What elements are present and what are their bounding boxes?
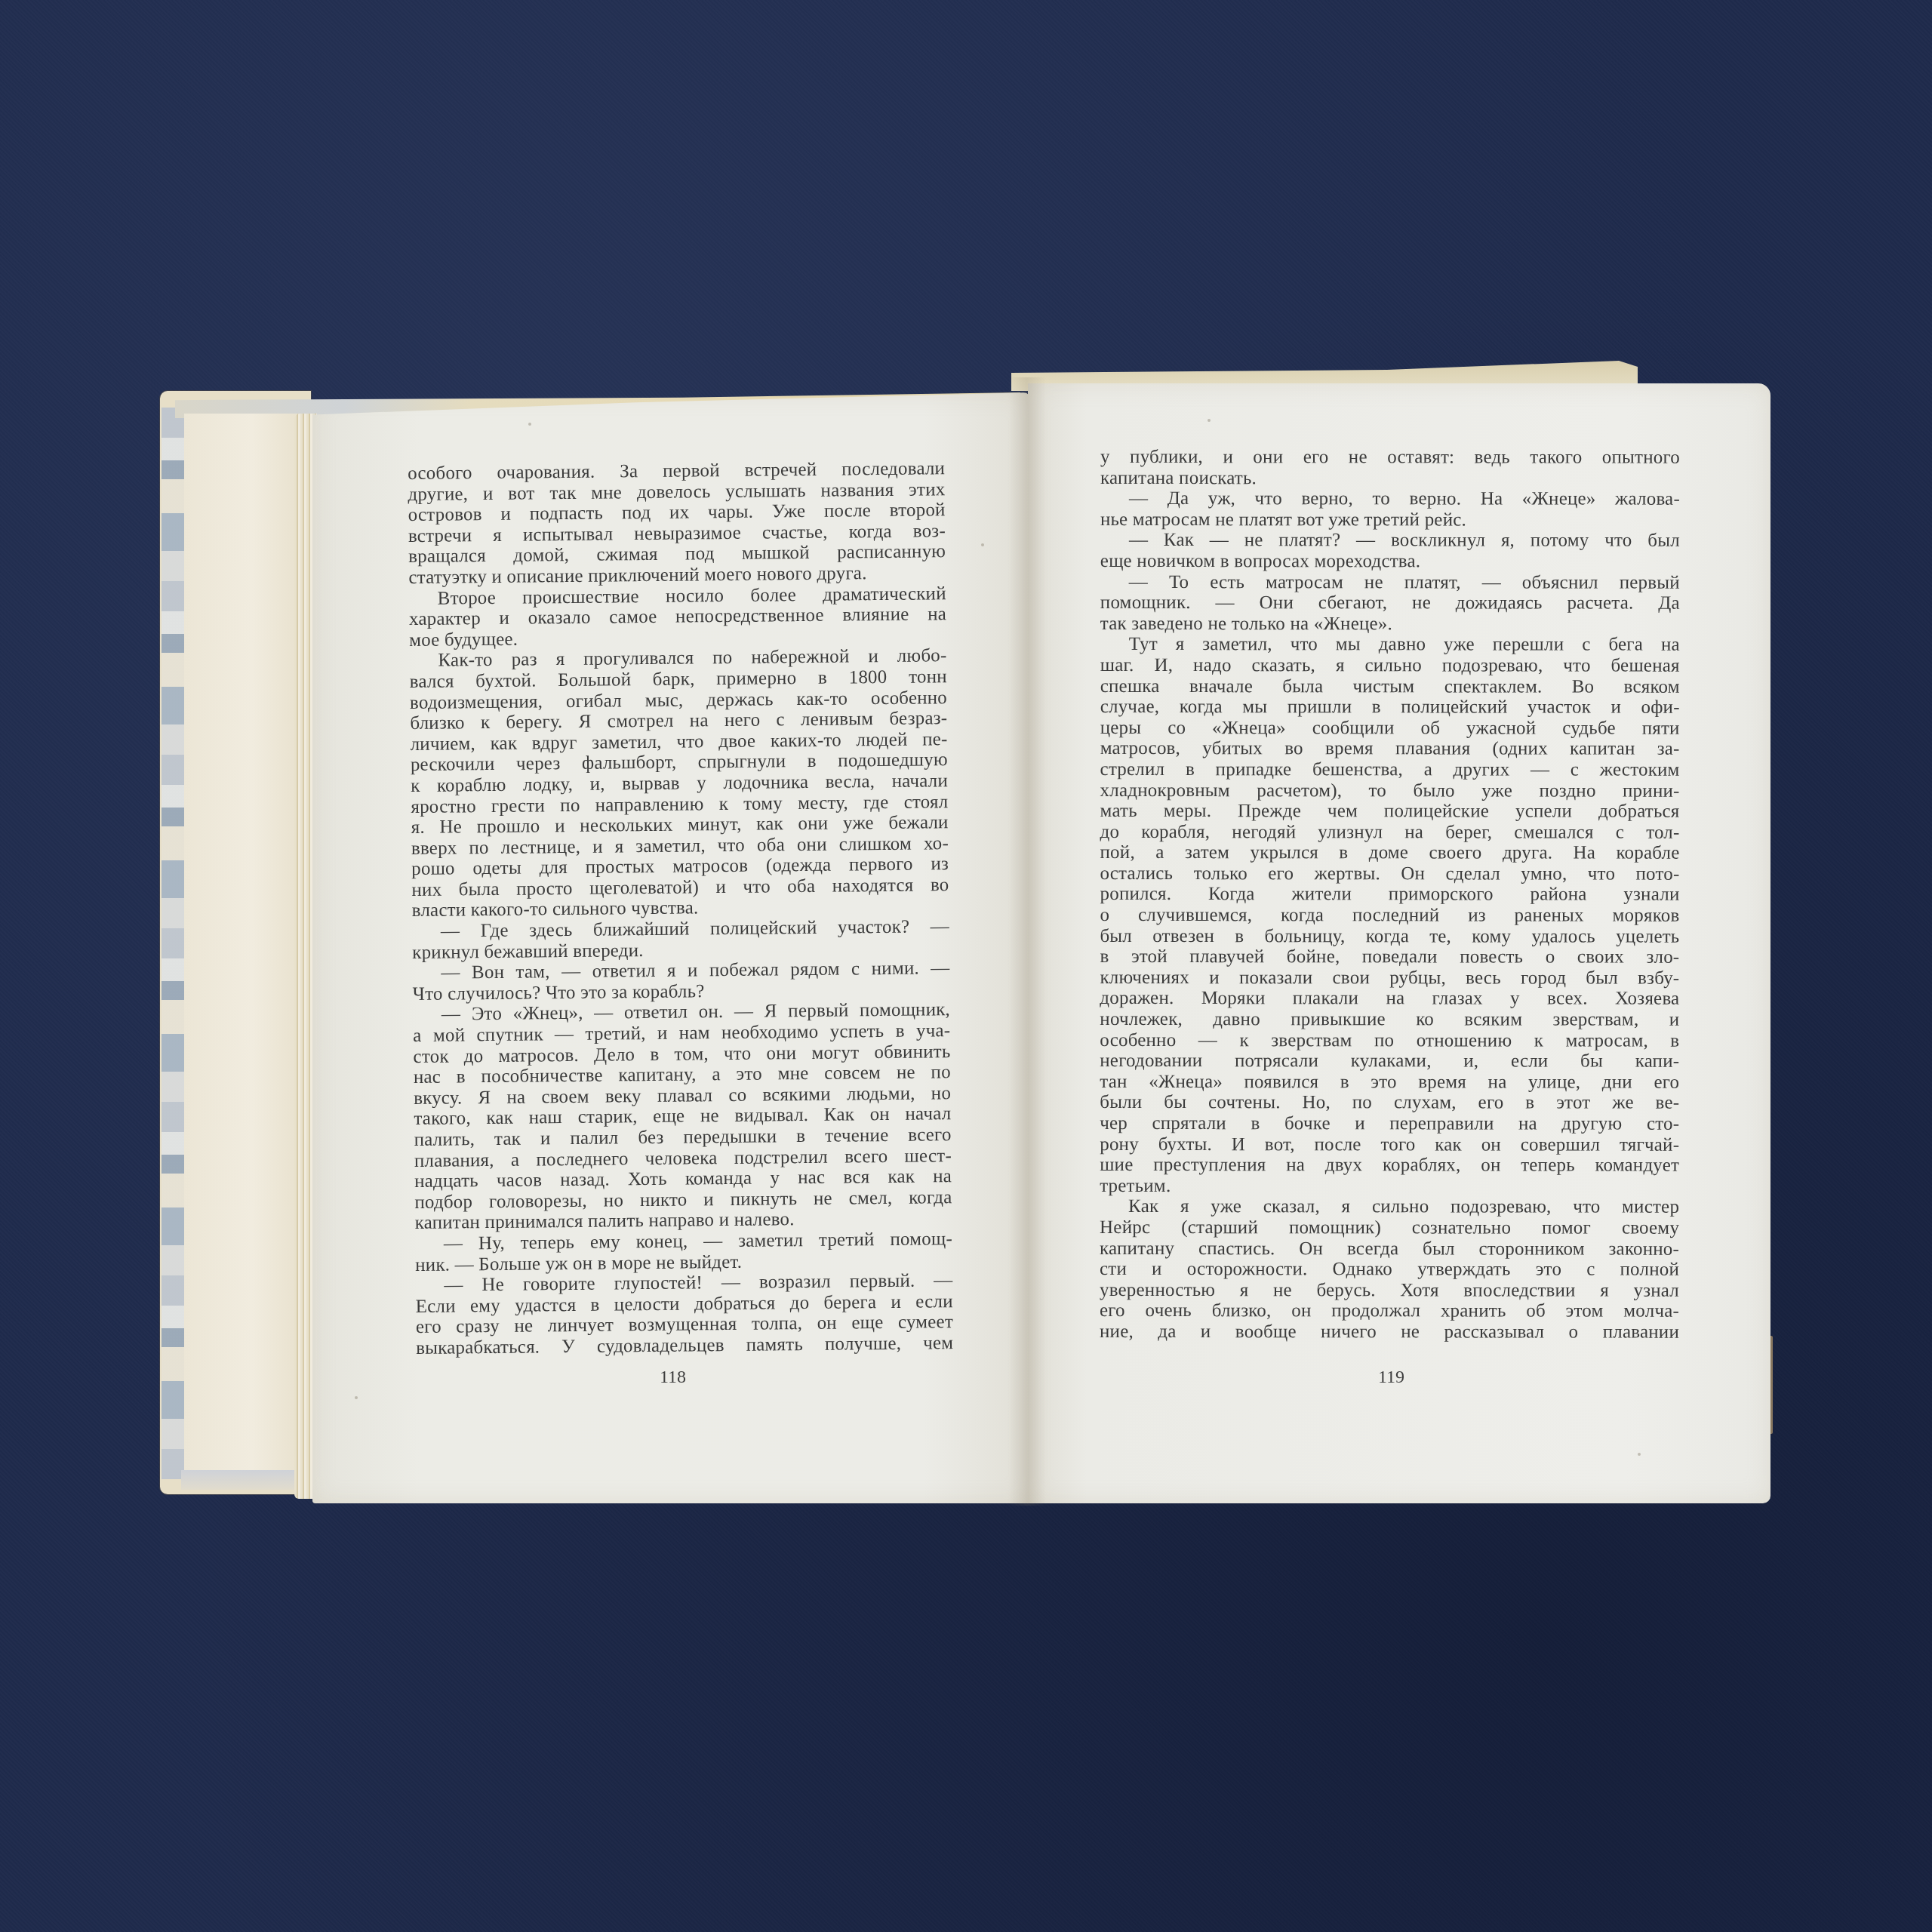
page-number-right: 119: [1378, 1367, 1404, 1388]
text-line: до корабля, негодяй улизнул на берег, см…: [1100, 822, 1680, 843]
text-line: остались только его жертвы. Он сделал ум…: [1100, 863, 1679, 884]
left-page-text: особого очарования. За первой встречей п…: [408, 458, 953, 1358]
text-line: негодовании потрясали кулаками, и, если …: [1100, 1051, 1679, 1072]
text-line: капитана поискать.: [1100, 468, 1680, 489]
text-line: о случившемся, когда последний из ранены…: [1100, 905, 1679, 926]
text-line: рону бухты. И вот, после того как он сов…: [1100, 1134, 1679, 1155]
text-line: пой, а затем укрылся в доме своего друга…: [1100, 842, 1680, 863]
text-line: Тут я заметил, что мы давно уже перешли …: [1100, 634, 1680, 655]
text-line: его очень близко, он продолжал хранить о…: [1100, 1300, 1679, 1321]
cover-illustration-edge: [162, 408, 184, 1479]
text-line: нье матросам не платят вот уже третий ре…: [1100, 509, 1680, 531]
text-line: ночлежек, давно привыкшие ко всяким звер…: [1100, 1009, 1679, 1030]
text-line: сти и осторожности. Однако утверждать эт…: [1100, 1259, 1679, 1280]
text-line: особенно — к зверствам по отношению к ма…: [1100, 1030, 1679, 1051]
text-line: ключениях и показали свои рубцы, весь го…: [1100, 968, 1679, 989]
text-line: в этой плавучей бойне, поведали повесть …: [1100, 946, 1679, 968]
text-line: спешка вначале была чистым спектаклем. В…: [1100, 676, 1680, 697]
page-number-left: 118: [660, 1367, 686, 1388]
text-line: — То есть матросам не платят, — объяснил…: [1100, 572, 1680, 593]
text-line: еще новичком в вопросах мореходства.: [1100, 551, 1680, 572]
right-page-text: у публики, и они его не оставят: ведь та…: [1100, 447, 1680, 1343]
endpaper: [184, 414, 299, 1470]
text-line: — Как — не платят? — воскликнул я, потом…: [1100, 530, 1680, 551]
text-line: так заведено не только на «Жнеце».: [1100, 614, 1680, 635]
text-line: доражен. Моряки плакали на глазах у всех…: [1100, 988, 1679, 1009]
paper-speck: [981, 543, 984, 546]
text-line: шие преступления на двух кораблях, он те…: [1100, 1155, 1679, 1176]
paper-speck: [1638, 1453, 1641, 1456]
text-line: тан «Жнеца» появился в это время на улиц…: [1100, 1072, 1679, 1093]
text-line: чер спрятали в бочке и переправили на др…: [1100, 1113, 1679, 1134]
text-line: были бы сочтены. Но, по слухам, его в эт…: [1100, 1092, 1679, 1113]
text-line: уверенностью я не берусь. Хотя впоследст…: [1100, 1280, 1679, 1301]
text-line: капитану спастись. Он всегда был сторонн…: [1100, 1238, 1679, 1260]
paper-speck: [355, 1396, 358, 1399]
text-line: мать меры. Прежде чем полицейские успели…: [1100, 801, 1680, 822]
text-line: хладнокровным расчетом), то было уже поз…: [1100, 780, 1680, 801]
text-line: шаг. И, надо сказать, я сильно подозрева…: [1100, 655, 1680, 676]
text-line: ние, да и вообще ничего не рассказывал о…: [1100, 1321, 1679, 1343]
book-gutter: [1008, 377, 1046, 1506]
text-line: ропился. Когда жители приморского района…: [1100, 884, 1679, 905]
text-line: матросов, убитых во время плавания (одни…: [1100, 738, 1680, 759]
paper-speck: [1207, 419, 1211, 422]
text-line: случае, когда мы пришли в полицейский уч…: [1100, 697, 1680, 718]
paper-speck: [528, 423, 531, 426]
text-line: у публики, и они его не оставят: ведь та…: [1100, 447, 1680, 468]
endpaper-bottom-edge: [181, 1470, 302, 1490]
text-line: стрелил в припадке бешенства, а других —…: [1100, 759, 1680, 780]
text-line: церы со «Жнеца» сообщили об ужасной судь…: [1100, 718, 1680, 739]
text-line: третьим.: [1100, 1176, 1679, 1197]
text-line: помощник. — Они сбегают, не дожидаясь ра…: [1100, 592, 1680, 614]
text-line: Как я уже сказал, я сильно подозреваю, ч…: [1100, 1196, 1679, 1217]
text-line: Нейрс (старший помощник) сознательно пом…: [1100, 1217, 1679, 1238]
text-line: был отвезен в больницу, когда те, кому у…: [1100, 926, 1679, 947]
text-line: — Да уж, что верно, то верно. На «Жнеце»…: [1100, 488, 1680, 509]
